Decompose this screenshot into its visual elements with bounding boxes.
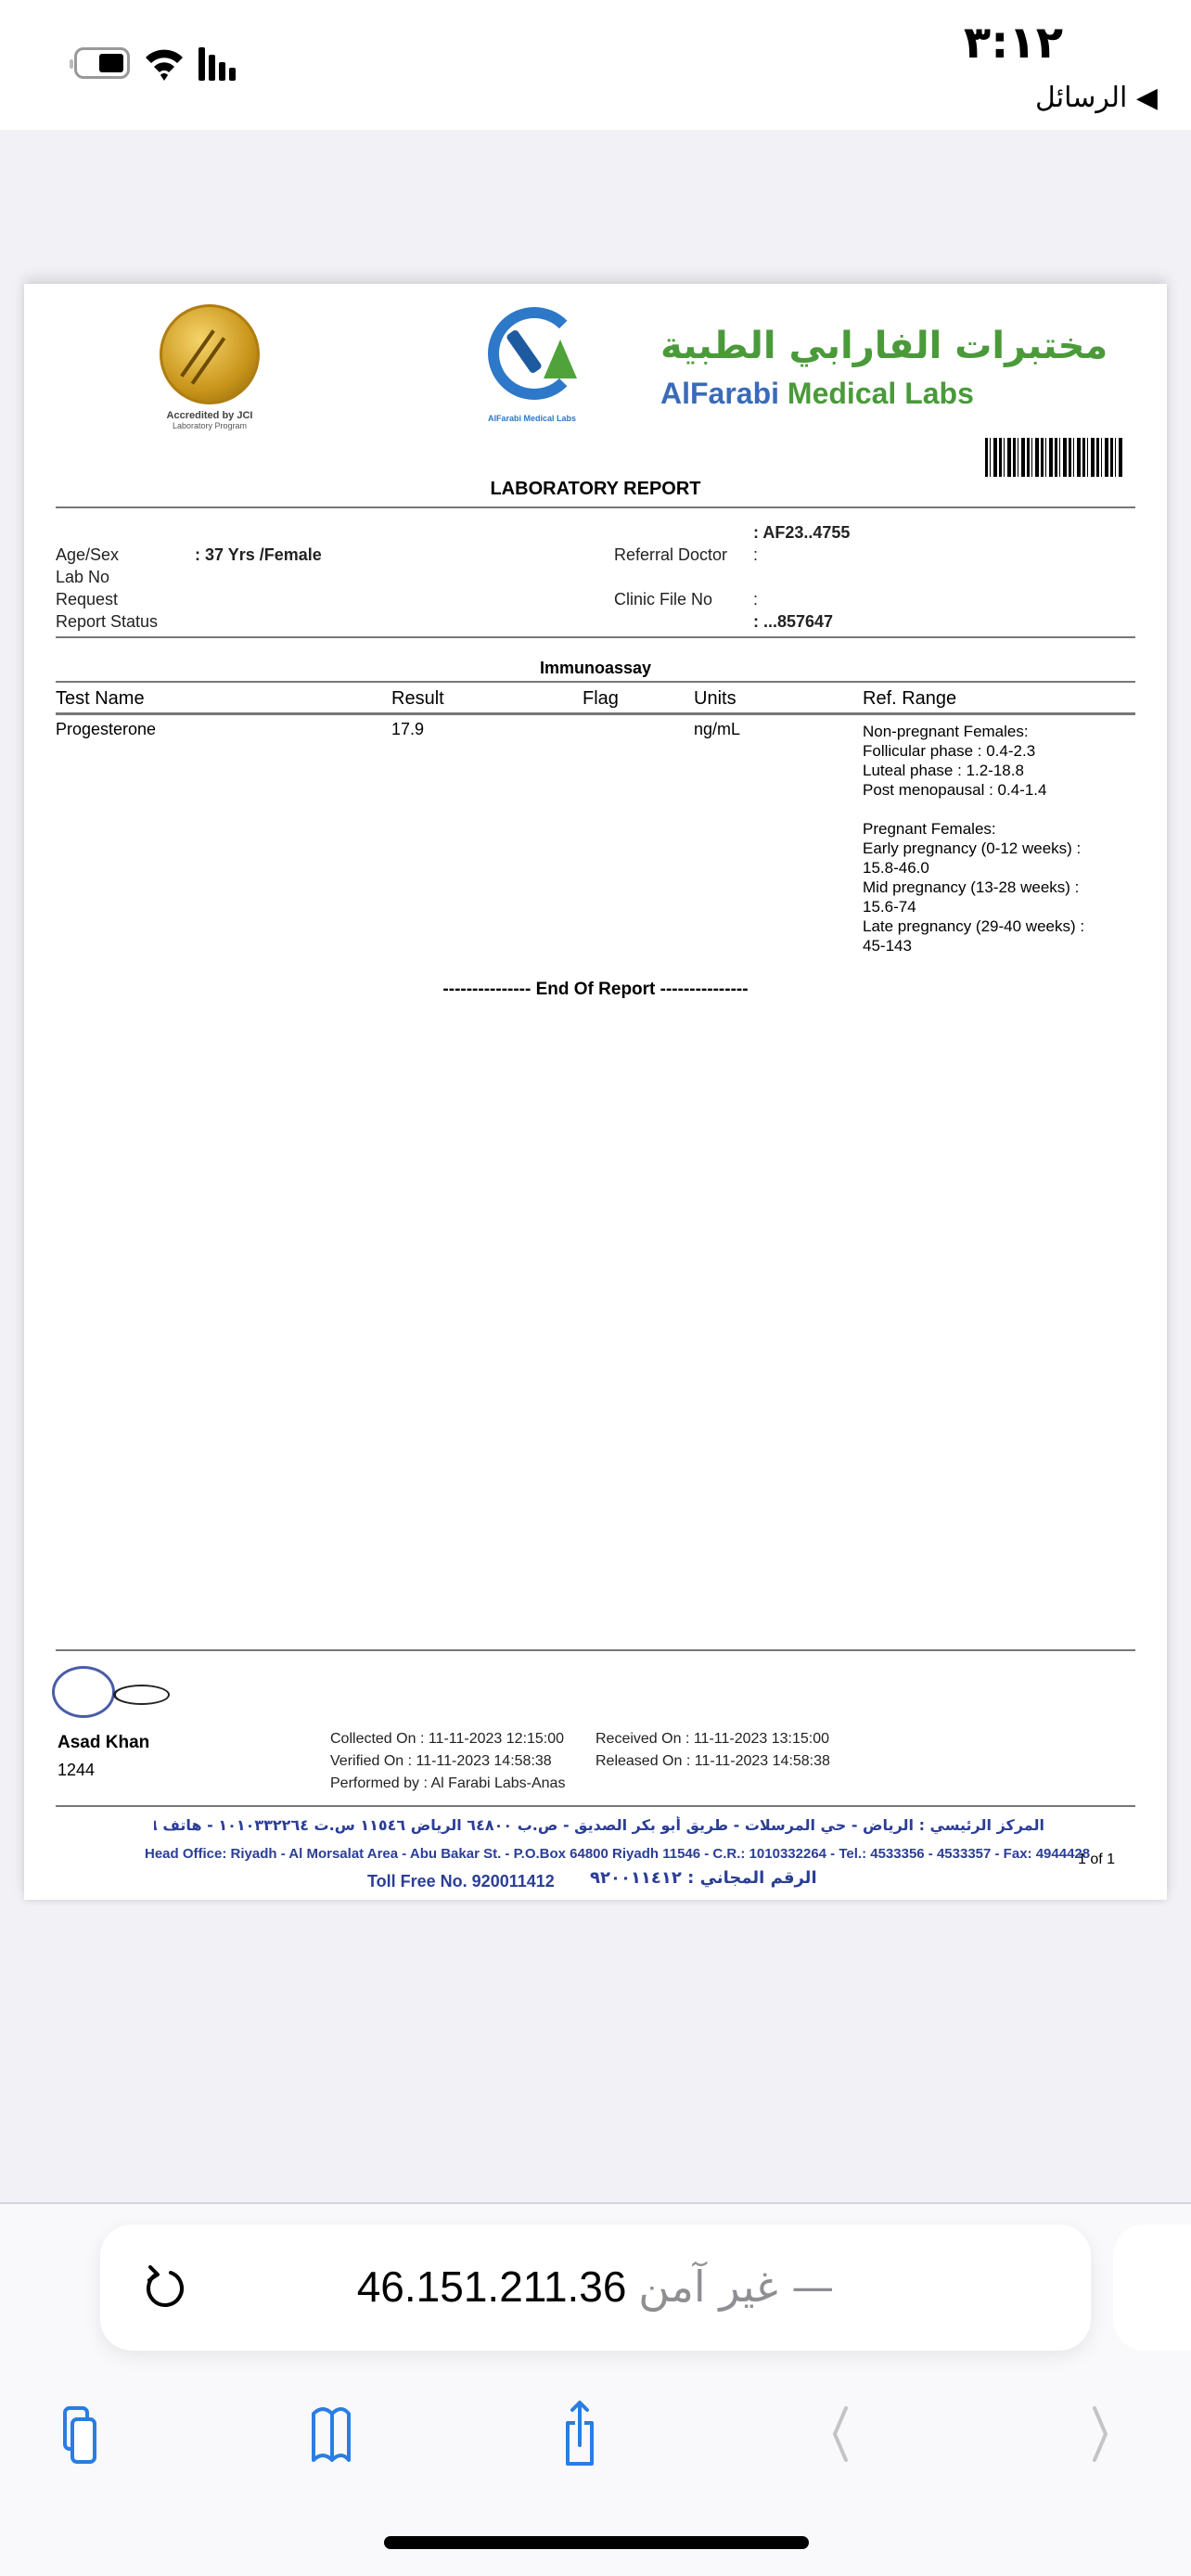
end-of-report: --------------- End Of Report ----------… <box>24 980 1167 1000</box>
signal-icon <box>198 45 236 81</box>
test-result: 17.9 <box>391 720 424 739</box>
lab-stamp-icon <box>52 1666 115 1718</box>
verified-on: Verified On : 11-11-2023 14:58:38 <box>330 1753 552 1770</box>
brand-name-english: AlFarabi Medical Labs <box>660 377 974 411</box>
col-ref-range: Ref. Range <box>863 688 956 710</box>
toll-free-number-arabic: الرقم المجاني : ٩٢٠٠١١٤١٢ <box>590 1868 817 1888</box>
address-english: Head Office: Riyadh - Al Morsalat Area -… <box>145 1846 1090 1862</box>
received-on: Received On : 11-11-2023 13:15:00 <box>595 1731 829 1748</box>
reference-range: Non-pregnant Females: Follicular phase :… <box>863 722 1084 955</box>
status-bar: ٣:١٢ ◀ الرسائل <box>0 0 1191 130</box>
browser-toolbar <box>0 2380 1191 2492</box>
battery-icon <box>74 47 130 79</box>
patient-info-age-sex: Age/Sex: 37 Yrs /Female <box>56 545 322 565</box>
barcode <box>985 438 1124 477</box>
performed-by: Performed by : Al Farabi Labs-Anas <box>330 1775 565 1792</box>
forward-icon[interactable] <box>1091 2399 1165 2473</box>
patient-info-request: Request <box>56 590 195 609</box>
signature-icon <box>113 1685 170 1705</box>
col-units: Units <box>694 688 736 710</box>
patient-phone: : ...857647 <box>614 612 833 632</box>
share-icon[interactable] <box>564 2399 638 2473</box>
test-units: ng/mL <box>694 720 740 739</box>
address-arabic: المركز الرئيسي : الرياض - حي المرسلات - … <box>154 1816 1044 1834</box>
patient-info-report-status: Report Status <box>56 612 195 632</box>
status-icons <box>74 45 236 82</box>
lab-logo: AlFarabi Medical Labs <box>469 302 608 432</box>
col-test-name: Test Name <box>56 688 145 710</box>
url-display[interactable]: 46.151.211.36 غير آمن — <box>100 2262 1091 2312</box>
lab-report-document: Accredited by JCI Laboratory Program AlF… <box>24 284 1167 1900</box>
clinic-file-no: Clinic File No: <box>614 590 758 609</box>
bookmarks-icon[interactable] <box>310 2399 384 2473</box>
report-title: LABORATORY REPORT <box>24 479 1167 500</box>
col-result: Result <box>391 688 444 710</box>
released-on: Released On : 11-11-2023 14:58:38 <box>595 1753 830 1770</box>
page-indicator: 1 of 1 <box>1078 1852 1115 1868</box>
address-bar[interactable]: 46.151.211.36 غير آمن — <box>100 2224 1091 2351</box>
col-flag: Flag <box>583 688 619 710</box>
accreditation-line1: Accredited by JCI <box>135 410 284 421</box>
patient-info-lab-no: Lab No <box>56 568 195 587</box>
accreditation-line2: Laboratory Program <box>135 421 284 430</box>
tabs-icon[interactable] <box>58 2399 132 2473</box>
clock: ٣:١٢ <box>964 17 1063 69</box>
section-title: Immunoassay <box>24 659 1167 678</box>
signer-id: 1244 <box>58 1761 95 1780</box>
signer-name: Asad Khan <box>58 1733 149 1753</box>
patient-id: : AF23..4755 <box>614 523 850 543</box>
jci-accreditation-logo: Accredited by JCI Laboratory Program <box>135 304 284 430</box>
test-name: Progesterone <box>56 720 156 739</box>
collected-on: Collected On : 11-11-2023 12:15:00 <box>330 1731 564 1748</box>
flask-icon <box>544 340 577 378</box>
wifi-icon <box>143 45 186 82</box>
referral-doctor: Referral Doctor: <box>614 545 758 565</box>
jci-seal-icon <box>160 304 260 404</box>
back-icon[interactable] <box>831 2399 905 2473</box>
lab-logo-caption: AlFarabi Medical Labs <box>488 414 576 423</box>
brand-name-arabic: مختبرات الفارابي الطبية <box>660 325 1108 367</box>
back-to-app-link[interactable]: ◀ الرسائل <box>1035 82 1158 114</box>
next-tab-preview[interactable] <box>1113 2224 1191 2351</box>
home-indicator[interactable] <box>384 2536 809 2549</box>
toll-free-number: Toll Free No. 920011412 <box>367 1872 555 1891</box>
browser-chrome: 46.151.211.36 غير آمن — <box>0 2202 1191 2576</box>
not-secure-label: غير آمن — <box>638 2262 834 2312</box>
